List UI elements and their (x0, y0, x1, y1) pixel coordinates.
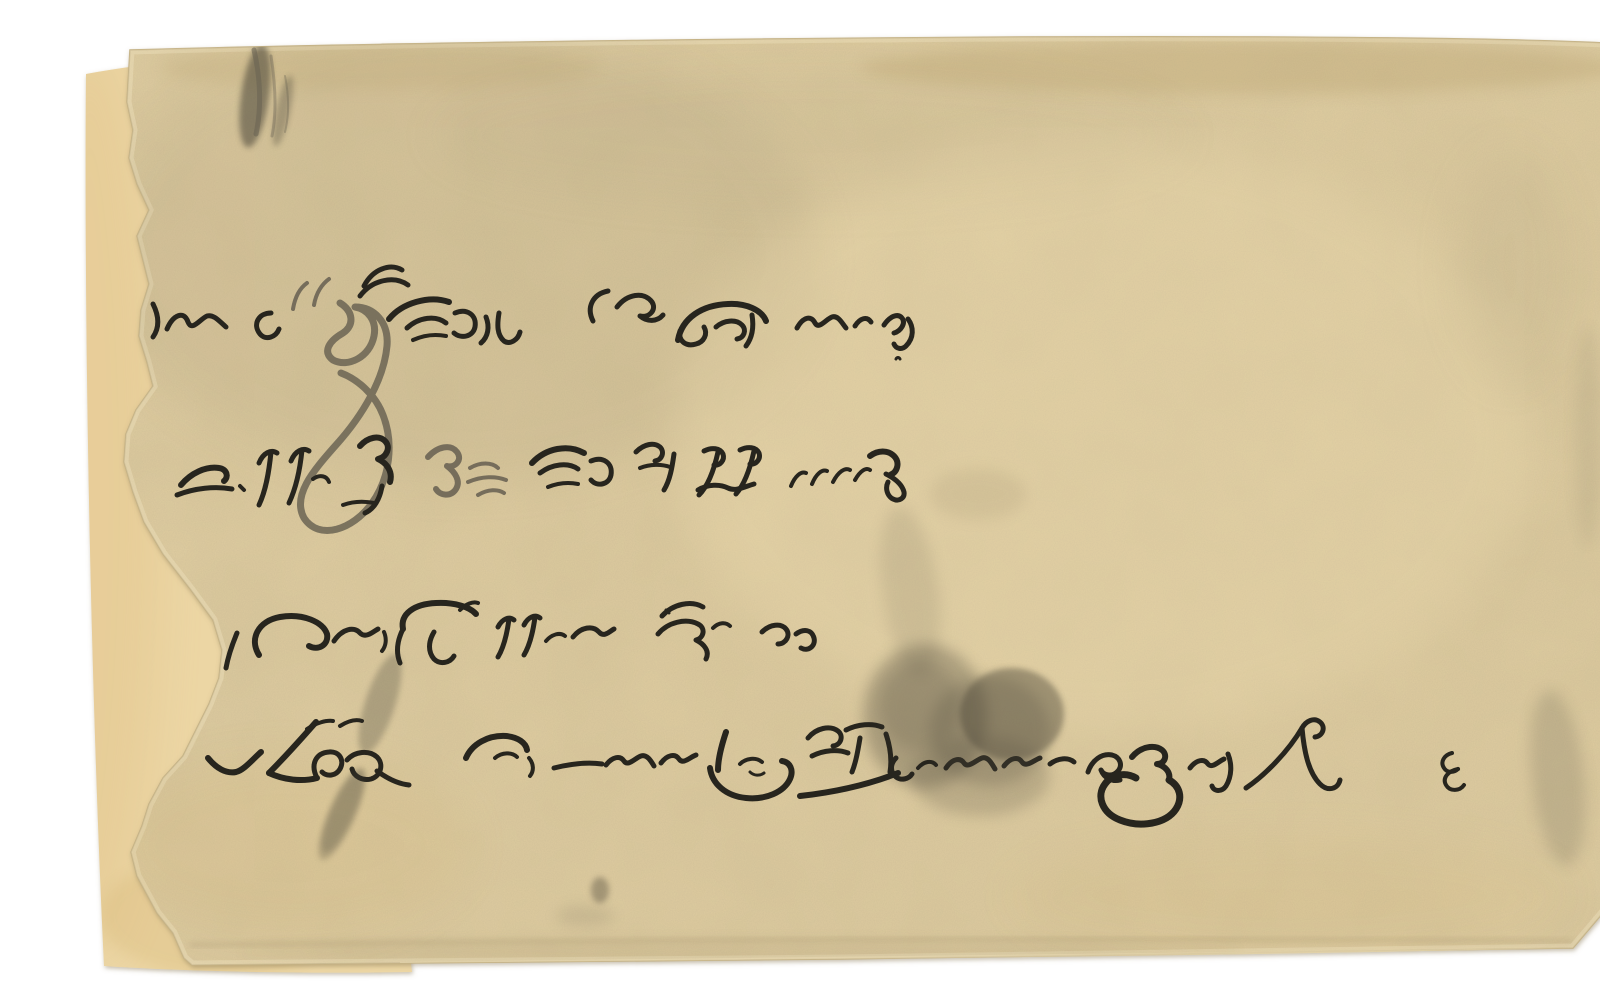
scanned-document: Aged cream paper with a torn left edge l… (40, 16, 1600, 987)
paper-stack (40, 26, 1600, 976)
